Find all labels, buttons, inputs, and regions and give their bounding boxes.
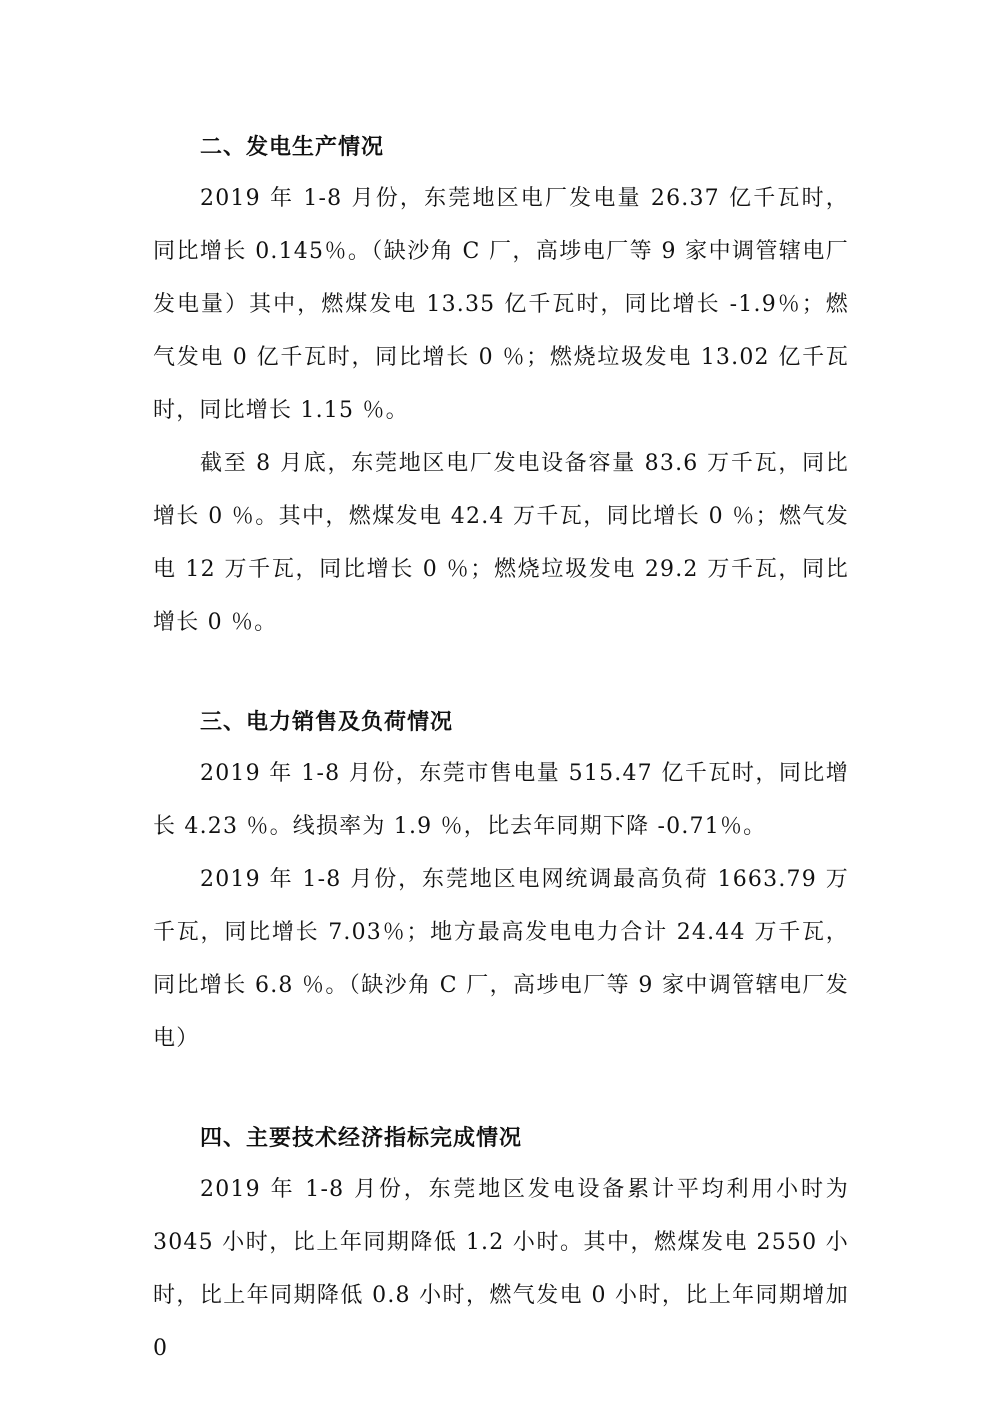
section-power-generation: 二、发电生产情况 2019 年 1-8 月份，东莞地区电厂发电量 26.37 亿… xyxy=(153,126,849,649)
section-sales-load: 三、电力销售及负荷情况 2019 年 1-8 月份，东莞市售电量 515.47 … xyxy=(153,701,849,1065)
paragraph: 2019 年 1-8 月份，东莞地区电厂发电量 26.37 亿千瓦时，同比增长 … xyxy=(153,172,849,437)
paragraph: 2019 年 1-8 月份，东莞地区电网统调最高负荷 1663.79 万千瓦，同… xyxy=(153,853,849,1065)
section-heading: 三、电力销售及负荷情况 xyxy=(153,701,849,745)
section-heading: 四、主要技术经济指标完成情况 xyxy=(153,1117,849,1161)
paragraph: 2019 年 1-8 月份，东莞市售电量 515.47 亿千瓦时，同比增长 4.… xyxy=(153,747,849,853)
paragraph: 截至 8 月底，东莞地区电厂发电设备容量 83.6 万千瓦，同比增长 0 ％。其… xyxy=(153,437,849,649)
paragraph: 2019 年 1-8 月份，东莞地区发电设备累计平均利用小时为 3045 小时，… xyxy=(153,1163,849,1375)
section-tech-econ-indicators: 四、主要技术经济指标完成情况 2019 年 1-8 月份，东莞地区发电设备累计平… xyxy=(153,1117,849,1375)
document-page: 二、发电生产情况 2019 年 1-8 月份，东莞地区电厂发电量 26.37 亿… xyxy=(153,126,849,1375)
section-heading: 二、发电生产情况 xyxy=(153,126,849,170)
